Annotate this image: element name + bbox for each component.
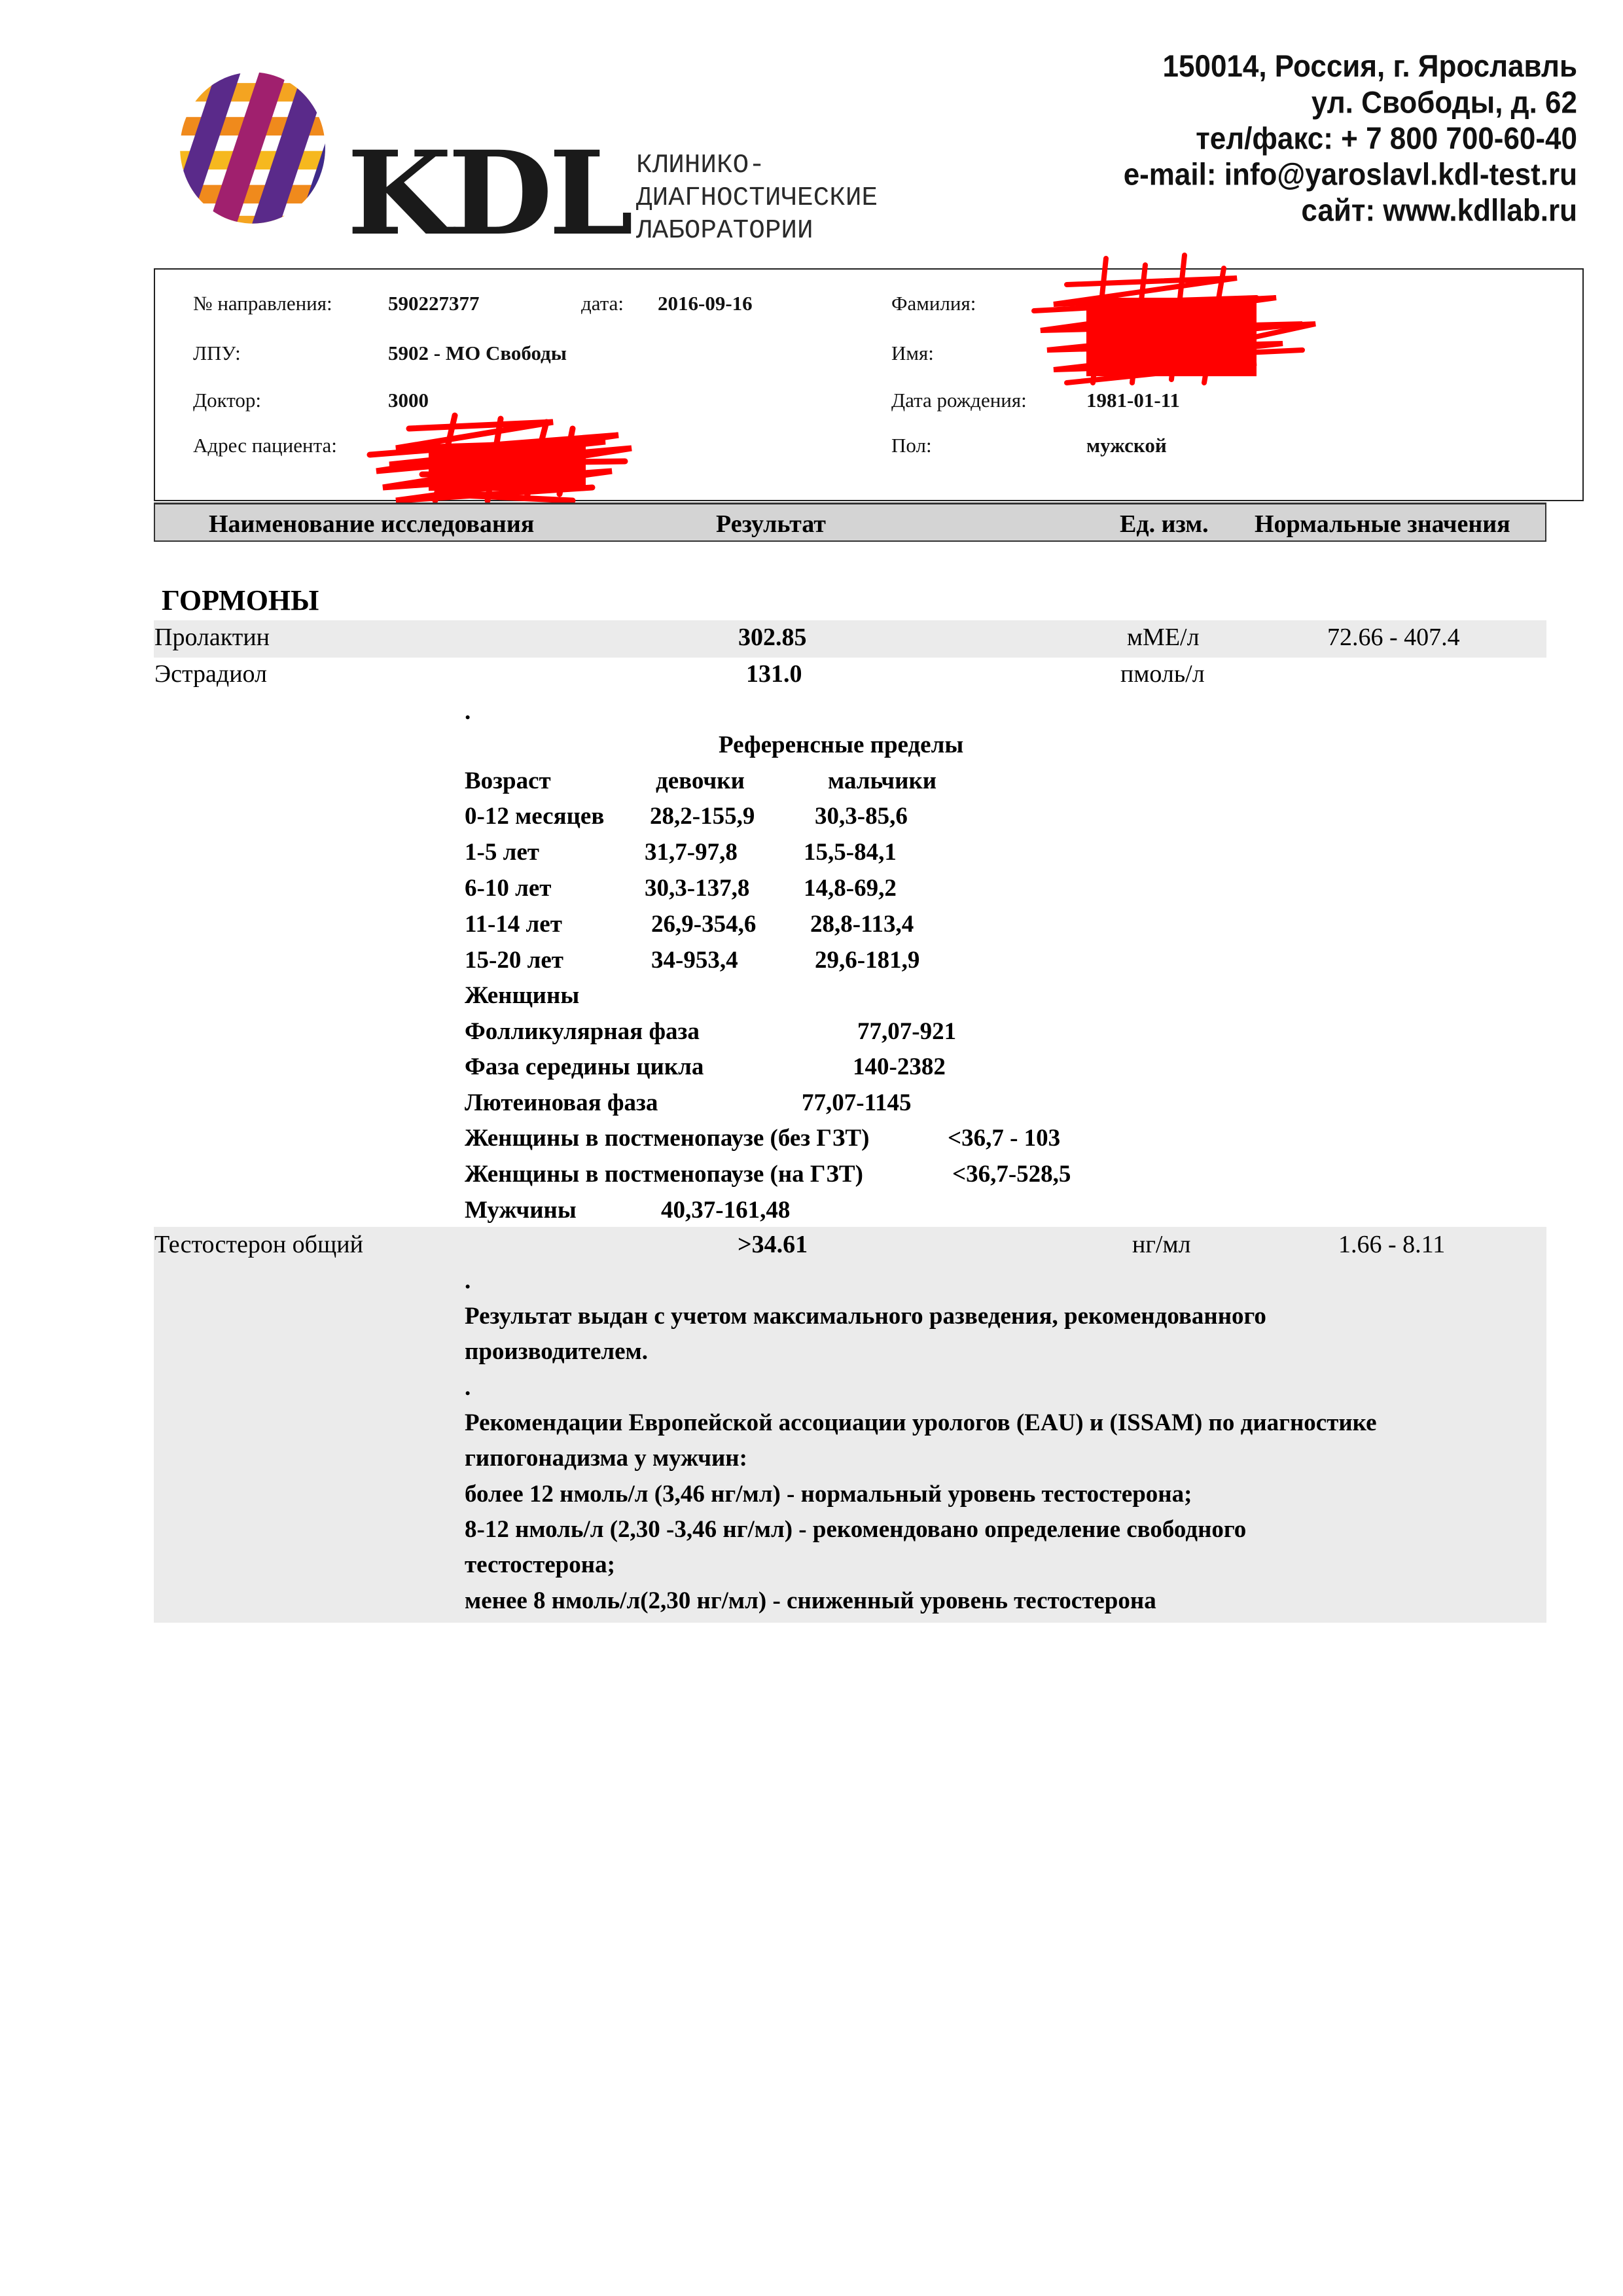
ref-women-phase: Женщины в постменопаузе (без ГЗТ) [465,1124,869,1152]
date-label: дата: [581,292,624,315]
reference-ranges-title: Референсные пределы [719,731,963,759]
ref-boys: 14,8-69,2 [804,874,897,902]
logo-subtitle-line: ЛАБОРАТОРИИ [636,215,878,247]
kdl-logo-wordmark: KDL [347,136,630,251]
ref-men-range: 40,37-161,48 [661,1196,790,1224]
ref-age: 11-14 лет [465,910,562,938]
ref-boys: 28,8-113,4 [810,910,914,938]
email-line: e-mail: info@yaroslavl.kdl-test.ru [1124,156,1577,192]
ref-boys: 30,3-85,6 [815,802,908,830]
kdl-logo-sphere-icon [175,71,330,225]
section-title-hormones: ГОРМОНЫ [162,584,319,617]
ref-girls: 28,2-155,9 [650,802,755,830]
ref-girls: 26,9-354,6 [651,910,756,938]
column-header-result: Результат [716,510,826,539]
unit-testosterone: нг/мл [1132,1230,1191,1259]
testosterone-note-line: тестостерона; [465,1551,615,1579]
testosterone-note-line: менее 8 нмоль/л(2,30 нг/мл) - сниженный … [465,1587,1156,1615]
note-dot: . [465,698,471,726]
ref-women-phase: Лютеиновая фаза [465,1089,658,1117]
address-redaction-scribble [357,409,645,507]
birthdate-label: Дата рождения: [891,389,1027,412]
ref-women-range: <36,7 - 103 [948,1124,1060,1152]
lpu-label: ЛПУ: [193,342,241,365]
test-name-estradiol: Эстрадиол [154,660,267,688]
result-estradiol: 131.0 [746,660,802,688]
name-redaction-scribble [1027,252,1342,402]
ref-women-phase: Фолликулярная фаза [465,1017,700,1046]
testosterone-note-line: Результат выдан с учетом максимального р… [465,1302,1266,1330]
ref-boys: 15,5-84,1 [804,838,897,866]
ref-girls: 34-953,4 [651,946,738,974]
note-dot: . [465,1267,471,1295]
normal-range-prolactin: 72.66 - 407.4 [1327,623,1460,652]
referral-value: 590227377 [388,292,480,315]
ref-age: 6-10 лет [465,874,551,902]
testosterone-note-line: более 12 нмоль/л (3,46 нг/мл) - нормальн… [465,1480,1192,1508]
testosterone-note-line: Рекомендации Европейской ассоциации урол… [465,1409,1377,1437]
doctor-label: Доктор: [193,389,261,412]
column-header-normal-range: Нормальные значения [1255,510,1510,539]
website-line: сайт: www.kdllab.ru [1124,192,1577,228]
ref-age: 0-12 месяцев [465,802,604,830]
column-header-test-name: Наименование исследования [209,510,534,539]
ref-girls: 31,7-97,8 [645,838,738,866]
ref-men-label: Мужчины [465,1196,577,1224]
address-line: ул. Свободы, д. 62 [1124,84,1577,120]
name-label: Имя: [891,342,934,365]
logo-subtitle-line: ДИАГНОСТИЧЕСКИЕ [636,182,878,215]
testosterone-note-line: 8-12 нмоль/л (2,30 -3,46 нг/мл) - рекоме… [465,1515,1246,1544]
ref-age: 15-20 лет [465,946,563,974]
note-dot: . [465,1373,471,1402]
unit-estradiol: пмоль/л [1120,660,1205,688]
ref-women-range: 140-2382 [853,1053,946,1081]
kdl-logo-subtitle: КЛИНИКО- ДИАГНОСТИЧЕСКИЕ ЛАБОРАТОРИИ [636,149,878,247]
ref-header-age: Возраст [465,767,551,795]
ref-header-girls: девочки [656,767,745,795]
testosterone-note-line: гипогонадизма у мужчин: [465,1444,747,1472]
lab-contact-block: 150014, Россия, г. Ярославль ул. Свободы… [1124,48,1577,228]
lpu-value: 5902 - МО Свободы [388,342,567,365]
ref-women-label: Женщины [465,981,579,1010]
sex-label: Пол: [891,434,932,457]
date-value: 2016-09-16 [658,292,753,315]
column-header-unit: Ед. изм. [1120,510,1209,539]
result-prolactin: 302.85 [738,623,807,652]
test-name-prolactin: Пролактин [154,623,270,652]
address-label: Адрес пациента: [193,434,337,457]
ref-header-boys: мальчики [828,767,936,795]
result-testosterone: >34.61 [738,1230,808,1259]
logo-subtitle-line: КЛИНИКО- [636,149,878,182]
address-line: 150014, Россия, г. Ярославль [1124,48,1577,84]
ref-boys: 29,6-181,9 [815,946,919,974]
test-name-testosterone: Тестостерон общий [154,1230,363,1259]
ref-women-phase: Фаза середины цикла [465,1053,704,1081]
ref-women-range: 77,07-1145 [802,1089,912,1117]
referral-label: № направления: [193,292,332,315]
ref-age: 1-5 лет [465,838,539,866]
phone-line: тел/факс: + 7 800 700-60-40 [1124,120,1577,156]
surname-label: Фамилия: [891,292,976,315]
testosterone-note-line: производителем. [465,1337,648,1366]
ref-women-range: <36,7-528,5 [952,1160,1071,1188]
sex-value: мужской [1086,434,1167,457]
ref-women-range: 77,07-921 [857,1017,956,1046]
results-table-header: Наименование исследования Результат Ед. … [154,503,1546,542]
ref-girls: 30,3-137,8 [645,874,749,902]
normal-range-testosterone: 1.66 - 8.11 [1338,1230,1445,1259]
unit-prolactin: мМЕ/л [1127,623,1200,652]
ref-women-phase: Женщины в постменопаузе (на ГЗТ) [465,1160,863,1188]
